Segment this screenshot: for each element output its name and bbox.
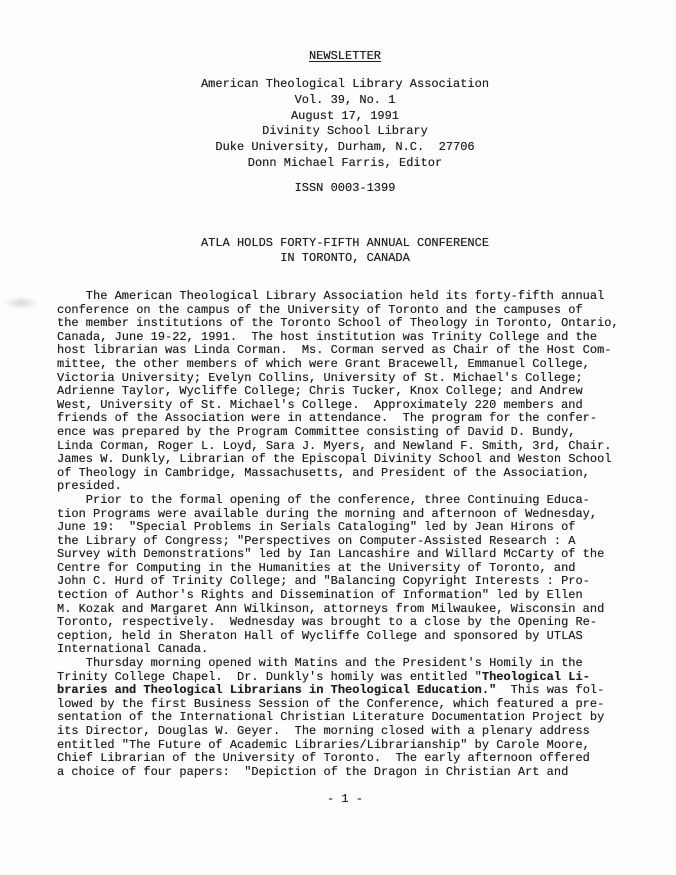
article-body: The American Theological Library Associa… [57, 290, 657, 779]
issn-line: ISSN 0003-1399 [62, 181, 628, 195]
masthead-publication-info: American Theological Library Association… [62, 77, 628, 172]
page-number: - 1 - [62, 792, 628, 806]
article-heading: ATLA HOLDS FORTY-FIFTH ANNUAL CONFERENCE… [62, 236, 628, 266]
newsletter-masthead-title: NEWSLETTER [62, 49, 628, 63]
scan-smudge-artifact [3, 296, 39, 310]
newsletter-title-text: NEWSLETTER [309, 49, 381, 63]
scanned-newsletter-page: NEWSLETTER American Theological Library … [0, 0, 676, 875]
